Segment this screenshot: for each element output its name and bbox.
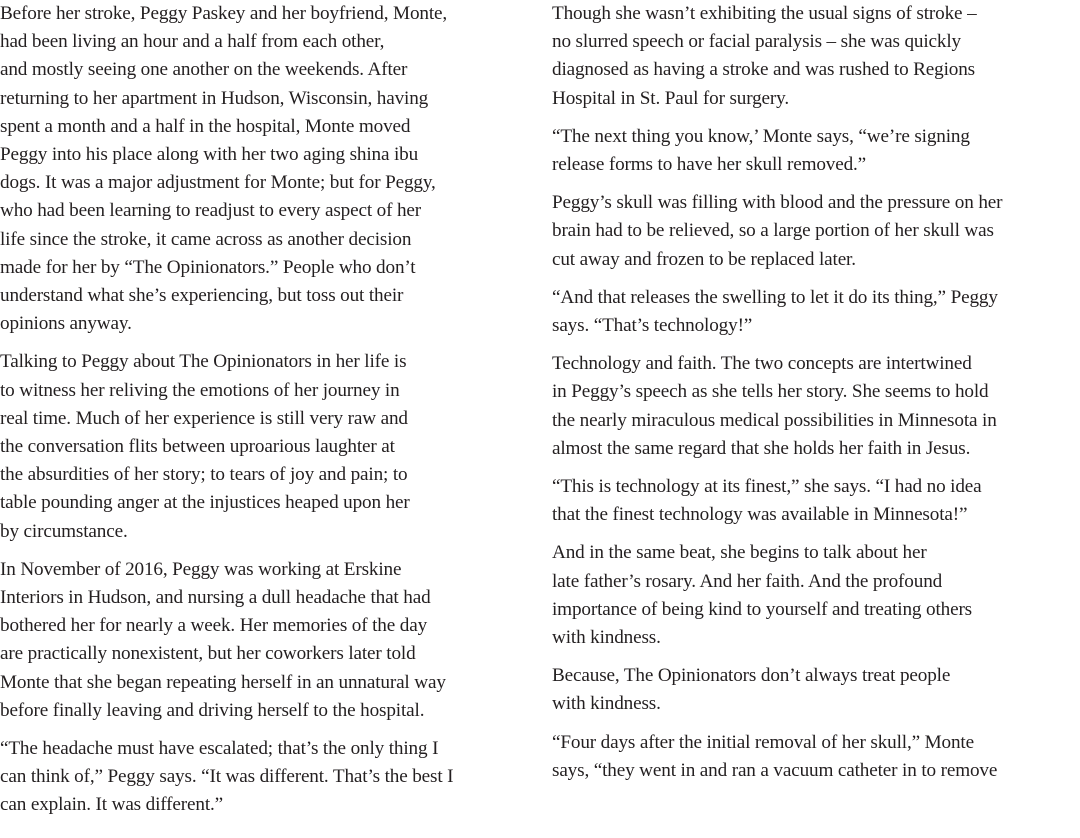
text-line: Monte that she began repeating herself i… (0, 669, 530, 697)
text-line: importance of being kind to yourself and… (552, 596, 1080, 624)
text-line: And in the same beat, she begins to talk… (552, 539, 1080, 567)
paragraph: Technology and faith. The two concepts a… (552, 350, 1080, 463)
paragraph: “Four days after the initial removal of … (552, 729, 1080, 785)
text-line: says. “That’s technology!” (552, 312, 1080, 340)
text-line: can think of,” Peggy says. “It was diffe… (0, 763, 530, 791)
text-line: bothered her for nearly a week. Her memo… (0, 612, 530, 640)
text-line: returning to her apartment in Hudson, Wi… (0, 85, 530, 113)
text-line: Talking to Peggy about The Opinionators … (0, 348, 530, 376)
text-line: had been living an hour and a half from … (0, 28, 530, 56)
text-line: Interiors in Hudson, and nursing a dull … (0, 584, 530, 612)
text-line: Before her stroke, Peggy Paskey and her … (0, 0, 530, 28)
text-line: “This is technology at its finest,” she … (552, 473, 1080, 501)
text-line: Peggy into his place along with her two … (0, 141, 530, 169)
left-column: Before her stroke, Peggy Paskey and her … (0, 0, 530, 830)
text-line: who had been learning to readjust to eve… (0, 197, 530, 225)
text-line: before finally leaving and driving herse… (0, 697, 530, 725)
text-line: Peggy’s skull was filling with blood and… (552, 189, 1080, 217)
paragraph: “The headache must have escalated; that’… (0, 735, 530, 820)
text-line: the nearly miraculous medical possibilit… (552, 407, 1080, 435)
text-line: life since the stroke, it came across as… (0, 226, 530, 254)
text-line: release forms to have her skull removed.… (552, 151, 1080, 179)
text-line: Technology and faith. The two concepts a… (552, 350, 1080, 378)
paragraph: In November of 2016, Peggy was working a… (0, 556, 530, 725)
text-line: dogs. It was a major adjustment for Mont… (0, 169, 530, 197)
text-line: “The next thing you know,’ Monte says, “… (552, 123, 1080, 151)
text-line: opinions anyway. (0, 310, 530, 338)
text-line: the conversation flits between uproariou… (0, 433, 530, 461)
text-line: with kindness. (552, 690, 1080, 718)
text-line: to witness her reliving the emotions of … (0, 377, 530, 405)
paragraph: “The next thing you know,’ Monte says, “… (552, 123, 1080, 179)
text-line: in Peggy’s speech as she tells her story… (552, 378, 1080, 406)
text-line: cut away and frozen to be replaced later… (552, 246, 1080, 274)
article-page: Before her stroke, Peggy Paskey and her … (0, 0, 1080, 838)
paragraph: Before her stroke, Peggy Paskey and her … (0, 0, 530, 338)
text-line: made for her by “The Opinionators.” Peop… (0, 254, 530, 282)
paragraph: And in the same beat, she begins to talk… (552, 539, 1080, 652)
paragraph: Talking to Peggy about The Opinionators … (0, 348, 530, 545)
text-line: and mostly seeing one another on the wee… (0, 56, 530, 84)
text-line: says, “they went in and ran a vacuum cat… (552, 757, 1080, 785)
text-line: Though she wasn’t exhibiting the usual s… (552, 0, 1080, 28)
text-line: by circumstance. (0, 518, 530, 546)
paragraph: Though she wasn’t exhibiting the usual s… (552, 0, 1080, 113)
text-line: “Four days after the initial removal of … (552, 729, 1080, 757)
right-column: Though she wasn’t exhibiting the usual s… (552, 0, 1080, 795)
text-line: can explain. It was different.” (0, 791, 530, 819)
text-line: diagnosed as having a stroke and was rus… (552, 56, 1080, 84)
paragraph: “This is technology at its finest,” she … (552, 473, 1080, 529)
text-line: the absurdities of her story; to tears o… (0, 461, 530, 489)
text-line: real time. Much of her experience is sti… (0, 405, 530, 433)
paragraph: “And that releases the swelling to let i… (552, 284, 1080, 340)
text-line: are practically nonexistent, but her cow… (0, 640, 530, 668)
text-line: almost the same regard that she holds he… (552, 435, 1080, 463)
text-line: Hospital in St. Paul for surgery. (552, 85, 1080, 113)
text-line: understand what she’s experiencing, but … (0, 282, 530, 310)
text-line: with kindness. (552, 624, 1080, 652)
text-line: “The headache must have escalated; that’… (0, 735, 530, 763)
text-line: Because, The Opinionators don’t always t… (552, 662, 1080, 690)
text-line: late father’s rosary. And her faith. And… (552, 568, 1080, 596)
paragraph: Because, The Opinionators don’t always t… (552, 662, 1080, 718)
text-line: that the finest technology was available… (552, 501, 1080, 529)
text-line: no slurred speech or facial paralysis – … (552, 28, 1080, 56)
text-line: spent a month and a half in the hospital… (0, 113, 530, 141)
paragraph: Peggy’s skull was filling with blood and… (552, 189, 1080, 274)
text-line: table pounding anger at the injustices h… (0, 489, 530, 517)
text-line: “And that releases the swelling to let i… (552, 284, 1080, 312)
text-line: brain had to be relieved, so a large por… (552, 217, 1080, 245)
text-line: In November of 2016, Peggy was working a… (0, 556, 530, 584)
